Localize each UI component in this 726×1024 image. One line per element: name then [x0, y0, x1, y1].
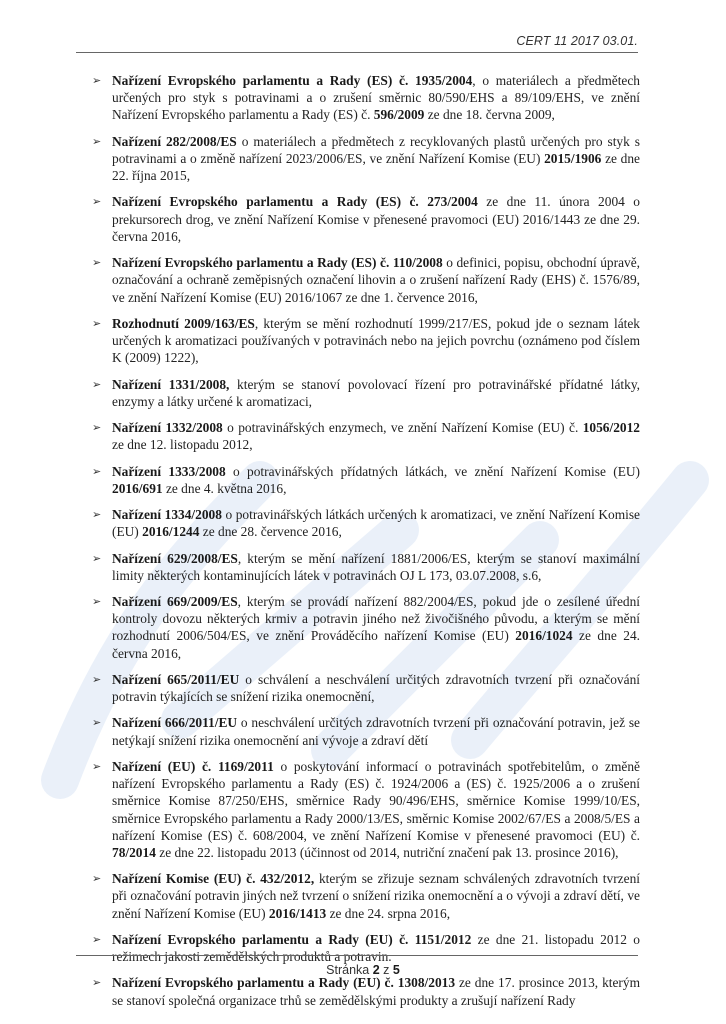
- regulation-reference: Nařízení 665/2011/EU: [112, 672, 239, 687]
- list-item: ➢Nařízení 1332/2008 o potravinářských en…: [92, 419, 640, 453]
- regulation-reference: Nařízení Evropského parlamentu a Rady (E…: [112, 975, 455, 990]
- regulation-description: ze dne 22. listopadu 2013 (účinnost od 2…: [156, 845, 619, 860]
- regulation-description: ze dne 24. srpna 2016,: [326, 906, 450, 921]
- list-item: ➢Nařízení 669/2009/ES, kterým se provádí…: [92, 593, 640, 662]
- list-item: ➢Nařízení 1331/2008, kterým se stanoví p…: [92, 376, 640, 410]
- regulation-reference: 1056/2012: [583, 420, 640, 435]
- regulation-reference: 78/2014: [112, 845, 156, 860]
- regulation-reference: 2016/1244: [142, 524, 199, 539]
- arrowhead-bullet-icon: ➢: [92, 419, 101, 436]
- regulation-reference: Nařízení Komise (EU) č. 432/2012,: [112, 871, 314, 886]
- header-divider: [76, 52, 638, 53]
- regulation-reference: 2016/1413: [269, 906, 326, 921]
- arrowhead-bullet-icon: ➢: [92, 72, 101, 89]
- regulation-reference: Nařízení 1333/2008: [112, 464, 226, 479]
- arrowhead-bullet-icon: ➢: [92, 671, 101, 688]
- regulation-reference: 2015/1906: [544, 151, 601, 166]
- list-item: ➢Nařízení (EU) č. 1169/2011 o poskytován…: [92, 758, 640, 861]
- regulation-reference: Nařízení 1334/2008: [112, 507, 222, 522]
- regulation-reference: Nařízení 669/2009/ES: [112, 594, 238, 609]
- arrowhead-bullet-icon: ➢: [92, 870, 101, 887]
- list-item: ➢Rozhodnutí 2009/163/ES, kterým se mění …: [92, 315, 640, 367]
- regulation-reference: Nařízení 666/2011/EU: [112, 715, 237, 730]
- regulation-reference: Nařízení 1332/2008: [112, 420, 223, 435]
- regulation-reference: Nařízení 1331/2008,: [112, 377, 229, 392]
- regulation-description: ze dne 18. června 2009,: [424, 107, 555, 122]
- arrowhead-bullet-icon: ➢: [92, 315, 101, 332]
- list-item: ➢Nařízení Evropského parlamentu a Rady (…: [92, 193, 640, 245]
- page-label: Stránka: [326, 963, 369, 977]
- regulation-reference: Rozhodnutí 2009/163/ES: [112, 316, 255, 331]
- regulation-reference: Nařízení (EU) č. 1169/2011: [112, 759, 274, 774]
- regulation-list: ➢Nařízení Evropského parlamentu a Rady (…: [92, 72, 640, 1018]
- page-number: Stránka 2 z 5: [0, 963, 726, 977]
- list-item: ➢Nařízení 1333/2008 o potravinářských př…: [92, 463, 640, 497]
- regulation-reference: Nařízení Evropského parlamentu a Rady (E…: [112, 932, 471, 947]
- regulation-description: o potravinářských přídatných látkách, ve…: [226, 464, 640, 479]
- page-total: 5: [393, 963, 400, 977]
- arrowhead-bullet-icon: ➢: [92, 550, 101, 567]
- regulation-reference: Nařízení Evropského parlamentu a Rady (E…: [112, 73, 472, 88]
- regulation-description: ze dne 12. listopadu 2012,: [112, 437, 253, 452]
- regulation-reference: 2016/1024: [515, 628, 572, 643]
- regulation-description: ze dne 28. července 2016,: [199, 524, 341, 539]
- list-item: ➢Nařízení Evropského parlamentu a Rady (…: [92, 931, 640, 965]
- page-separator: z: [383, 963, 389, 977]
- arrowhead-bullet-icon: ➢: [92, 593, 101, 610]
- list-item: ➢Nařízení Evropského parlamentu a Rady (…: [92, 254, 640, 306]
- list-item: ➢Nařízení 629/2008/ES, kterým se mění na…: [92, 550, 640, 584]
- regulation-description: o potravinářských enzymech, ve znění Nař…: [223, 420, 583, 435]
- regulation-reference: 2016/691: [112, 481, 163, 496]
- regulation-reference: Nařízení Evropského parlamentu a Rady (E…: [112, 255, 443, 270]
- regulation-reference: Nařízení 282/2008/ES: [112, 134, 237, 149]
- arrowhead-bullet-icon: ➢: [92, 758, 101, 775]
- list-item: ➢Nařízení Komise (EU) č. 432/2012, který…: [92, 870, 640, 922]
- arrowhead-bullet-icon: ➢: [92, 376, 101, 393]
- list-item: ➢Nařízení 666/2011/EU o neschválení urči…: [92, 714, 640, 748]
- regulation-reference: 596/2009: [374, 107, 425, 122]
- regulation-description: ze dne 4. května 2016,: [163, 481, 287, 496]
- arrowhead-bullet-icon: ➢: [92, 193, 101, 210]
- regulation-reference: Nařízení 629/2008/ES: [112, 551, 238, 566]
- list-item: ➢Nařízení 282/2008/ES o materiálech a př…: [92, 133, 640, 185]
- arrowhead-bullet-icon: ➢: [92, 133, 101, 150]
- arrowhead-bullet-icon: ➢: [92, 506, 101, 523]
- list-item: ➢Nařízení Evropského parlamentu a Rady (…: [92, 72, 640, 124]
- arrowhead-bullet-icon: ➢: [92, 714, 101, 731]
- footer-divider: [76, 955, 638, 956]
- list-item: ➢Nařízení 665/2011/EU o schválení a nesc…: [92, 671, 640, 705]
- list-item: ➢Nařízení Evropského parlamentu a Rady (…: [92, 974, 640, 1008]
- arrowhead-bullet-icon: ➢: [92, 463, 101, 480]
- list-item: ➢Nařízení 1334/2008 o potravinářských lá…: [92, 506, 640, 540]
- document-code: CERT 11 2017 03.01.: [516, 34, 638, 48]
- arrowhead-bullet-icon: ➢: [92, 931, 101, 948]
- arrowhead-bullet-icon: ➢: [92, 974, 101, 991]
- page-current: 2: [373, 963, 380, 977]
- regulation-reference: Nařízení Evropského parlamentu a Rady (E…: [112, 194, 478, 209]
- arrowhead-bullet-icon: ➢: [92, 254, 101, 271]
